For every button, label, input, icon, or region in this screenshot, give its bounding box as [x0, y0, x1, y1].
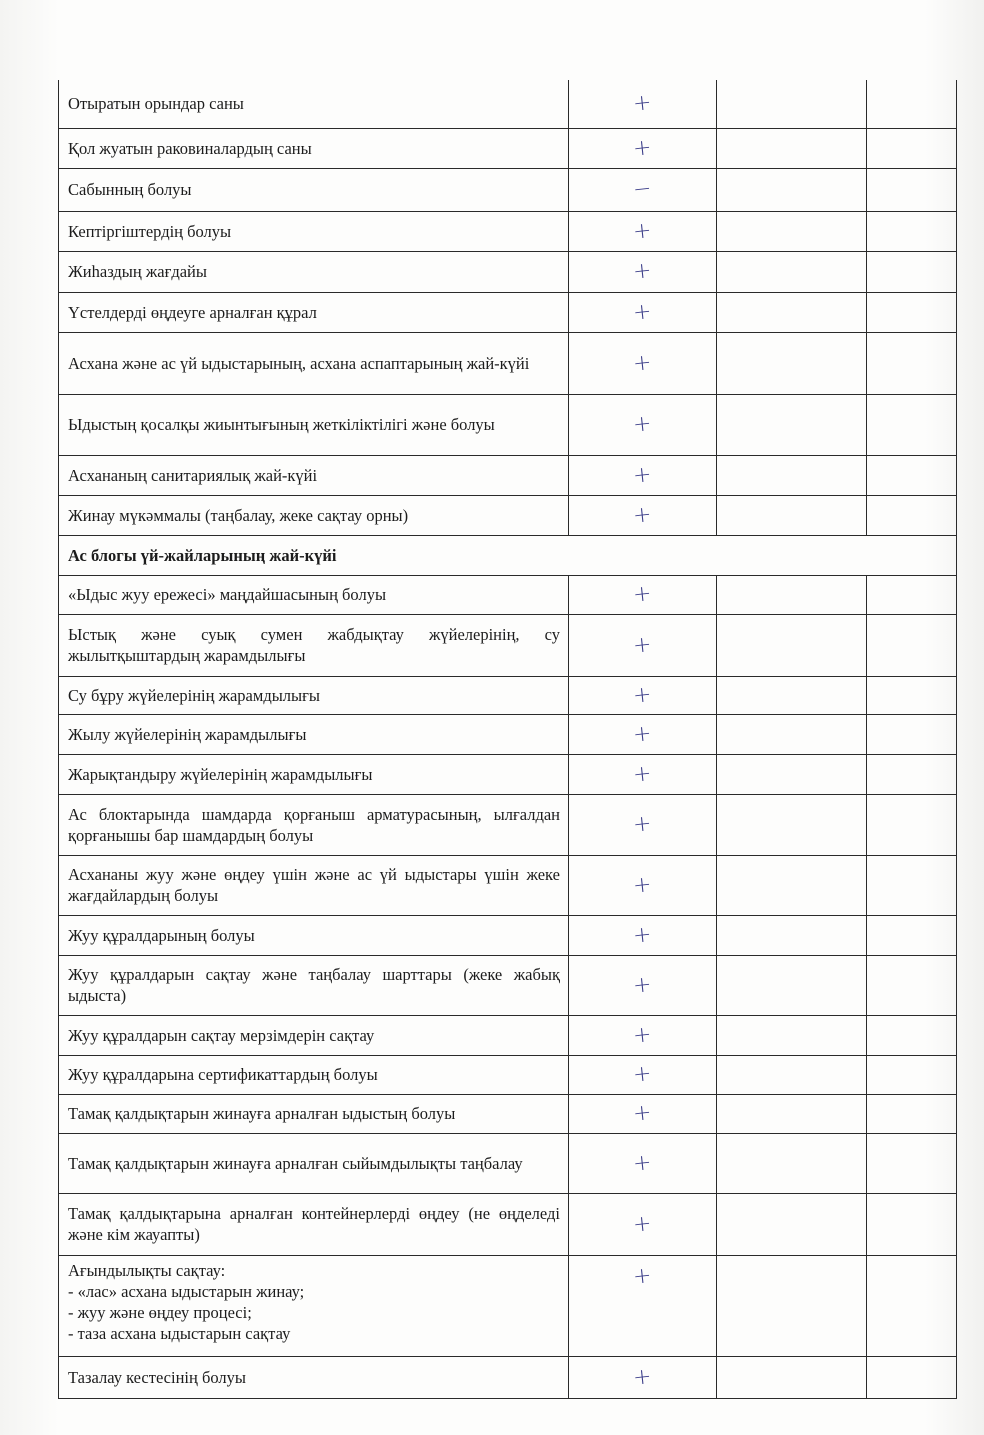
notes-cell — [717, 292, 867, 332]
notes-cell — [717, 332, 867, 394]
checklist-row: Ағындылықты сақтау:- «лас» асхана ыдыста… — [59, 1255, 957, 1356]
plus-mark-icon: + — [632, 872, 653, 899]
plus-mark-icon: + — [632, 682, 653, 709]
extra-cell — [867, 1055, 957, 1094]
extra-cell — [867, 211, 957, 251]
compliance-mark-cell: + — [569, 80, 717, 128]
extra-cell — [867, 614, 957, 676]
notes-cell — [717, 455, 867, 495]
criterion-label: Жиһаздың жағдайы — [59, 251, 569, 292]
plus-mark-icon: + — [632, 218, 653, 245]
notes-cell — [717, 915, 867, 955]
extra-cell — [867, 1094, 957, 1133]
criterion-label: Ағындылықты сақтау:- «лас» асхана ыдыста… — [59, 1255, 569, 1356]
compliance-mark-cell: + — [569, 754, 717, 794]
plus-mark-icon: + — [632, 1263, 653, 1290]
criterion-subitem: - «лас» асхана ыдыстарын жинау; — [68, 1281, 560, 1302]
criterion-label: Үстелдерді өңдеуге арналған құрал — [59, 292, 569, 332]
compliance-mark-cell: + — [569, 1255, 717, 1356]
plus-mark-icon: + — [632, 761, 653, 788]
notes-cell — [717, 1356, 867, 1398]
compliance-mark-cell: + — [569, 915, 717, 955]
compliance-mark-cell: + — [569, 614, 717, 676]
plus-mark-icon: + — [632, 299, 653, 326]
criterion-label: Тамақ қалдықтарын жинауға арналған ыдыст… — [59, 1094, 569, 1133]
checklist-row: Сабынның болуы− — [59, 168, 957, 211]
extra-cell — [867, 915, 957, 955]
notes-cell — [717, 855, 867, 915]
criterion-label: Жуу құралдарына сертификаттардың болуы — [59, 1055, 569, 1094]
criterion-label: Қол жуатын раковиналардың саны — [59, 128, 569, 168]
compliance-mark-cell: + — [569, 1094, 717, 1133]
plus-mark-icon: + — [632, 135, 653, 162]
extra-cell — [867, 1193, 957, 1255]
extra-cell — [867, 794, 957, 855]
compliance-mark-cell: + — [569, 794, 717, 855]
checklist-row: Жуу құралдарының болуы+ — [59, 915, 957, 955]
checklist-row: Асхана және ас үй ыдыстарының, асхана ас… — [59, 332, 957, 394]
criterion-label: Жарықтандыру жүйелерінің жарамдылығы — [59, 754, 569, 794]
extra-cell — [867, 394, 957, 455]
criterion-label: Асхананы жуу және өңдеу үшін және ас үй … — [59, 855, 569, 915]
plus-mark-icon: + — [632, 1061, 653, 1088]
checklist-row: Тазалау кестесінің болуы+ — [59, 1356, 957, 1398]
checklist-row: Жуу құралдарын сақтау және таңбалау шарт… — [59, 955, 957, 1015]
plus-mark-icon: + — [632, 922, 653, 949]
compliance-mark-cell: + — [569, 1356, 717, 1398]
compliance-mark-cell: + — [569, 575, 717, 614]
notes-cell — [717, 714, 867, 754]
extra-cell — [867, 955, 957, 1015]
minus-mark-icon: − — [632, 176, 653, 203]
extra-cell — [867, 1133, 957, 1193]
compliance-mark-cell: + — [569, 394, 717, 455]
compliance-mark-cell: + — [569, 332, 717, 394]
criterion-label: Жуу құралдарын сақтау және таңбалау шарт… — [59, 955, 569, 1015]
notes-cell — [717, 794, 867, 855]
extra-cell — [867, 80, 957, 128]
checklist-row: Жарықтандыру жүйелерінің жарамдылығы+ — [59, 754, 957, 794]
extra-cell — [867, 495, 957, 535]
compliance-mark-cell: + — [569, 251, 717, 292]
criterion-label: Кептіргіштердің болуы — [59, 211, 569, 251]
plus-mark-icon: + — [632, 581, 653, 608]
extra-cell — [867, 1255, 957, 1356]
criterion-label: Тамақ қалдықтарына арналған контейнерлер… — [59, 1193, 569, 1255]
criterion-label: Отыратын орындар саны — [59, 80, 569, 128]
compliance-mark-cell: + — [569, 455, 717, 495]
checklist-row: Кептіргіштердің болуы+ — [59, 211, 957, 251]
extra-cell — [867, 676, 957, 714]
criterion-label: Сабынның болуы — [59, 168, 569, 211]
inspection-checklist-table: Отыратын орындар саны+Қол жуатын раковин… — [58, 80, 957, 1399]
notes-cell — [717, 1255, 867, 1356]
plus-mark-icon: + — [632, 811, 653, 838]
notes-cell — [717, 168, 867, 211]
criterion-label: Су бұру жүйелерінің жарамдылығы — [59, 676, 569, 714]
checklist-row: Ас блоктарында шамдарда қорғаныш арматур… — [59, 794, 957, 855]
plus-mark-icon: + — [632, 90, 653, 117]
criterion-label: Жинау мүкәммалы (таңбалау, жеке сақтау о… — [59, 495, 569, 535]
checklist-row: Жуу құралдарын сақтау мерзімдерін сақтау… — [59, 1015, 957, 1055]
checklist-row: Су бұру жүйелерінің жарамдылығы+ — [59, 676, 957, 714]
criterion-subitem: - таза асхана ыдыстарын сақтау — [68, 1323, 560, 1344]
compliance-mark-cell: + — [569, 128, 717, 168]
extra-cell — [867, 292, 957, 332]
compliance-mark-cell: − — [569, 168, 717, 211]
plus-mark-icon: + — [632, 721, 653, 748]
criterion-label: Ыстық және суық сумен жабдықтау жүйелері… — [59, 614, 569, 676]
checklist-row: Үстелдерді өңдеуге арналған құрал+ — [59, 292, 957, 332]
criterion-subitem: - жуу және өңдеу процесі; — [68, 1302, 560, 1323]
checklist-row: Жуу құралдарына сертификаттардың болуы+ — [59, 1055, 957, 1094]
compliance-mark-cell: + — [569, 855, 717, 915]
criterion-label: Тазалау кестесінің болуы — [59, 1356, 569, 1398]
checklist-row: Қол жуатын раковиналардың саны+ — [59, 128, 957, 168]
criterion-label: Ас блоктарында шамдарда қорғаныш арматур… — [59, 794, 569, 855]
extra-cell — [867, 251, 957, 292]
plus-mark-icon: + — [632, 258, 653, 285]
compliance-mark-cell: + — [569, 1133, 717, 1193]
plus-mark-icon: + — [632, 1022, 653, 1049]
section-title: Ас блогы үй-жайларының жай-күйі — [59, 535, 957, 575]
checklist-row: Асхананың санитариялық жай-күйі+ — [59, 455, 957, 495]
notes-cell — [717, 614, 867, 676]
checklist-row: Ыдыстың қосалқы жиынтығының жеткіліктілі… — [59, 394, 957, 455]
compliance-mark-cell: + — [569, 1193, 717, 1255]
extra-cell — [867, 455, 957, 495]
criterion-label: Тамақ қалдықтарын жинауға арналған сыйым… — [59, 1133, 569, 1193]
notes-cell — [717, 676, 867, 714]
notes-cell — [717, 1094, 867, 1133]
notes-cell — [717, 955, 867, 1015]
plus-mark-icon: + — [632, 411, 653, 438]
checklist-row: Отыратын орындар саны+ — [59, 80, 957, 128]
extra-cell — [867, 714, 957, 754]
criterion-label: Жуу құралдарының болуы — [59, 915, 569, 955]
plus-mark-icon: + — [632, 972, 653, 999]
notes-cell — [717, 575, 867, 614]
checklist-row: Тамақ қалдықтарына арналған контейнерлер… — [59, 1193, 957, 1255]
notes-cell — [717, 754, 867, 794]
extra-cell — [867, 575, 957, 614]
notes-cell — [717, 128, 867, 168]
plus-mark-icon: + — [632, 1100, 653, 1127]
criterion-label: Асхананың санитариялық жай-күйі — [59, 455, 569, 495]
plus-mark-icon: + — [632, 462, 653, 489]
checklist-row: Тамақ қалдықтарын жинауға арналған сыйым… — [59, 1133, 957, 1193]
compliance-mark-cell: + — [569, 1055, 717, 1094]
plus-mark-icon: + — [632, 1150, 653, 1177]
checklist-row: Жылу жүйелерінің жарамдылығы+ — [59, 714, 957, 754]
extra-cell — [867, 1015, 957, 1055]
notes-cell — [717, 394, 867, 455]
compliance-mark-cell: + — [569, 495, 717, 535]
criterion-label: Жылу жүйелерінің жарамдылығы — [59, 714, 569, 754]
criterion-label: «Ыдыс жуу ережесі» маңдайшасының болуы — [59, 575, 569, 614]
checklist-row: «Ыдыс жуу ережесі» маңдайшасының болуы+ — [59, 575, 957, 614]
plus-mark-icon: + — [632, 350, 653, 377]
compliance-mark-cell: + — [569, 955, 717, 1015]
extra-cell — [867, 128, 957, 168]
section-header-row: Ас блогы үй-жайларының жай-күйі — [59, 535, 957, 575]
notes-cell — [717, 1015, 867, 1055]
extra-cell — [867, 1356, 957, 1398]
criterion-label: Жуу құралдарын сақтау мерзімдерін сақтау — [59, 1015, 569, 1055]
extra-cell — [867, 855, 957, 915]
compliance-mark-cell: + — [569, 676, 717, 714]
plus-mark-icon: + — [632, 632, 653, 659]
checklist-row: Асхананы жуу және өңдеу үшін және ас үй … — [59, 855, 957, 915]
plus-mark-icon: + — [632, 502, 653, 529]
notes-cell — [717, 251, 867, 292]
plus-mark-icon: + — [632, 1364, 653, 1391]
criterion-heading: Ағындылықты сақтау: — [68, 1260, 560, 1281]
criterion-label: Асхана және ас үй ыдыстарының, асхана ас… — [59, 332, 569, 394]
extra-cell — [867, 754, 957, 794]
checklist-body: Отыратын орындар саны+Қол жуатын раковин… — [59, 80, 957, 1398]
compliance-mark-cell: + — [569, 292, 717, 332]
extra-cell — [867, 168, 957, 211]
checklist-row: Жинау мүкәммалы (таңбалау, жеке сақтау о… — [59, 495, 957, 535]
extra-cell — [867, 332, 957, 394]
compliance-mark-cell: + — [569, 211, 717, 251]
checklist-row: Жиһаздың жағдайы+ — [59, 251, 957, 292]
checklist-row: Ыстық және суық сумен жабдықтау жүйелері… — [59, 614, 957, 676]
compliance-mark-cell: + — [569, 1015, 717, 1055]
notes-cell — [717, 80, 867, 128]
compliance-mark-cell: + — [569, 714, 717, 754]
notes-cell — [717, 211, 867, 251]
criterion-label: Ыдыстың қосалқы жиынтығының жеткіліктілі… — [59, 394, 569, 455]
notes-cell — [717, 1133, 867, 1193]
notes-cell — [717, 1193, 867, 1255]
notes-cell — [717, 495, 867, 535]
plus-mark-icon: + — [632, 1211, 653, 1238]
checklist-row: Тамақ қалдықтарын жинауға арналған ыдыст… — [59, 1094, 957, 1133]
notes-cell — [717, 1055, 867, 1094]
